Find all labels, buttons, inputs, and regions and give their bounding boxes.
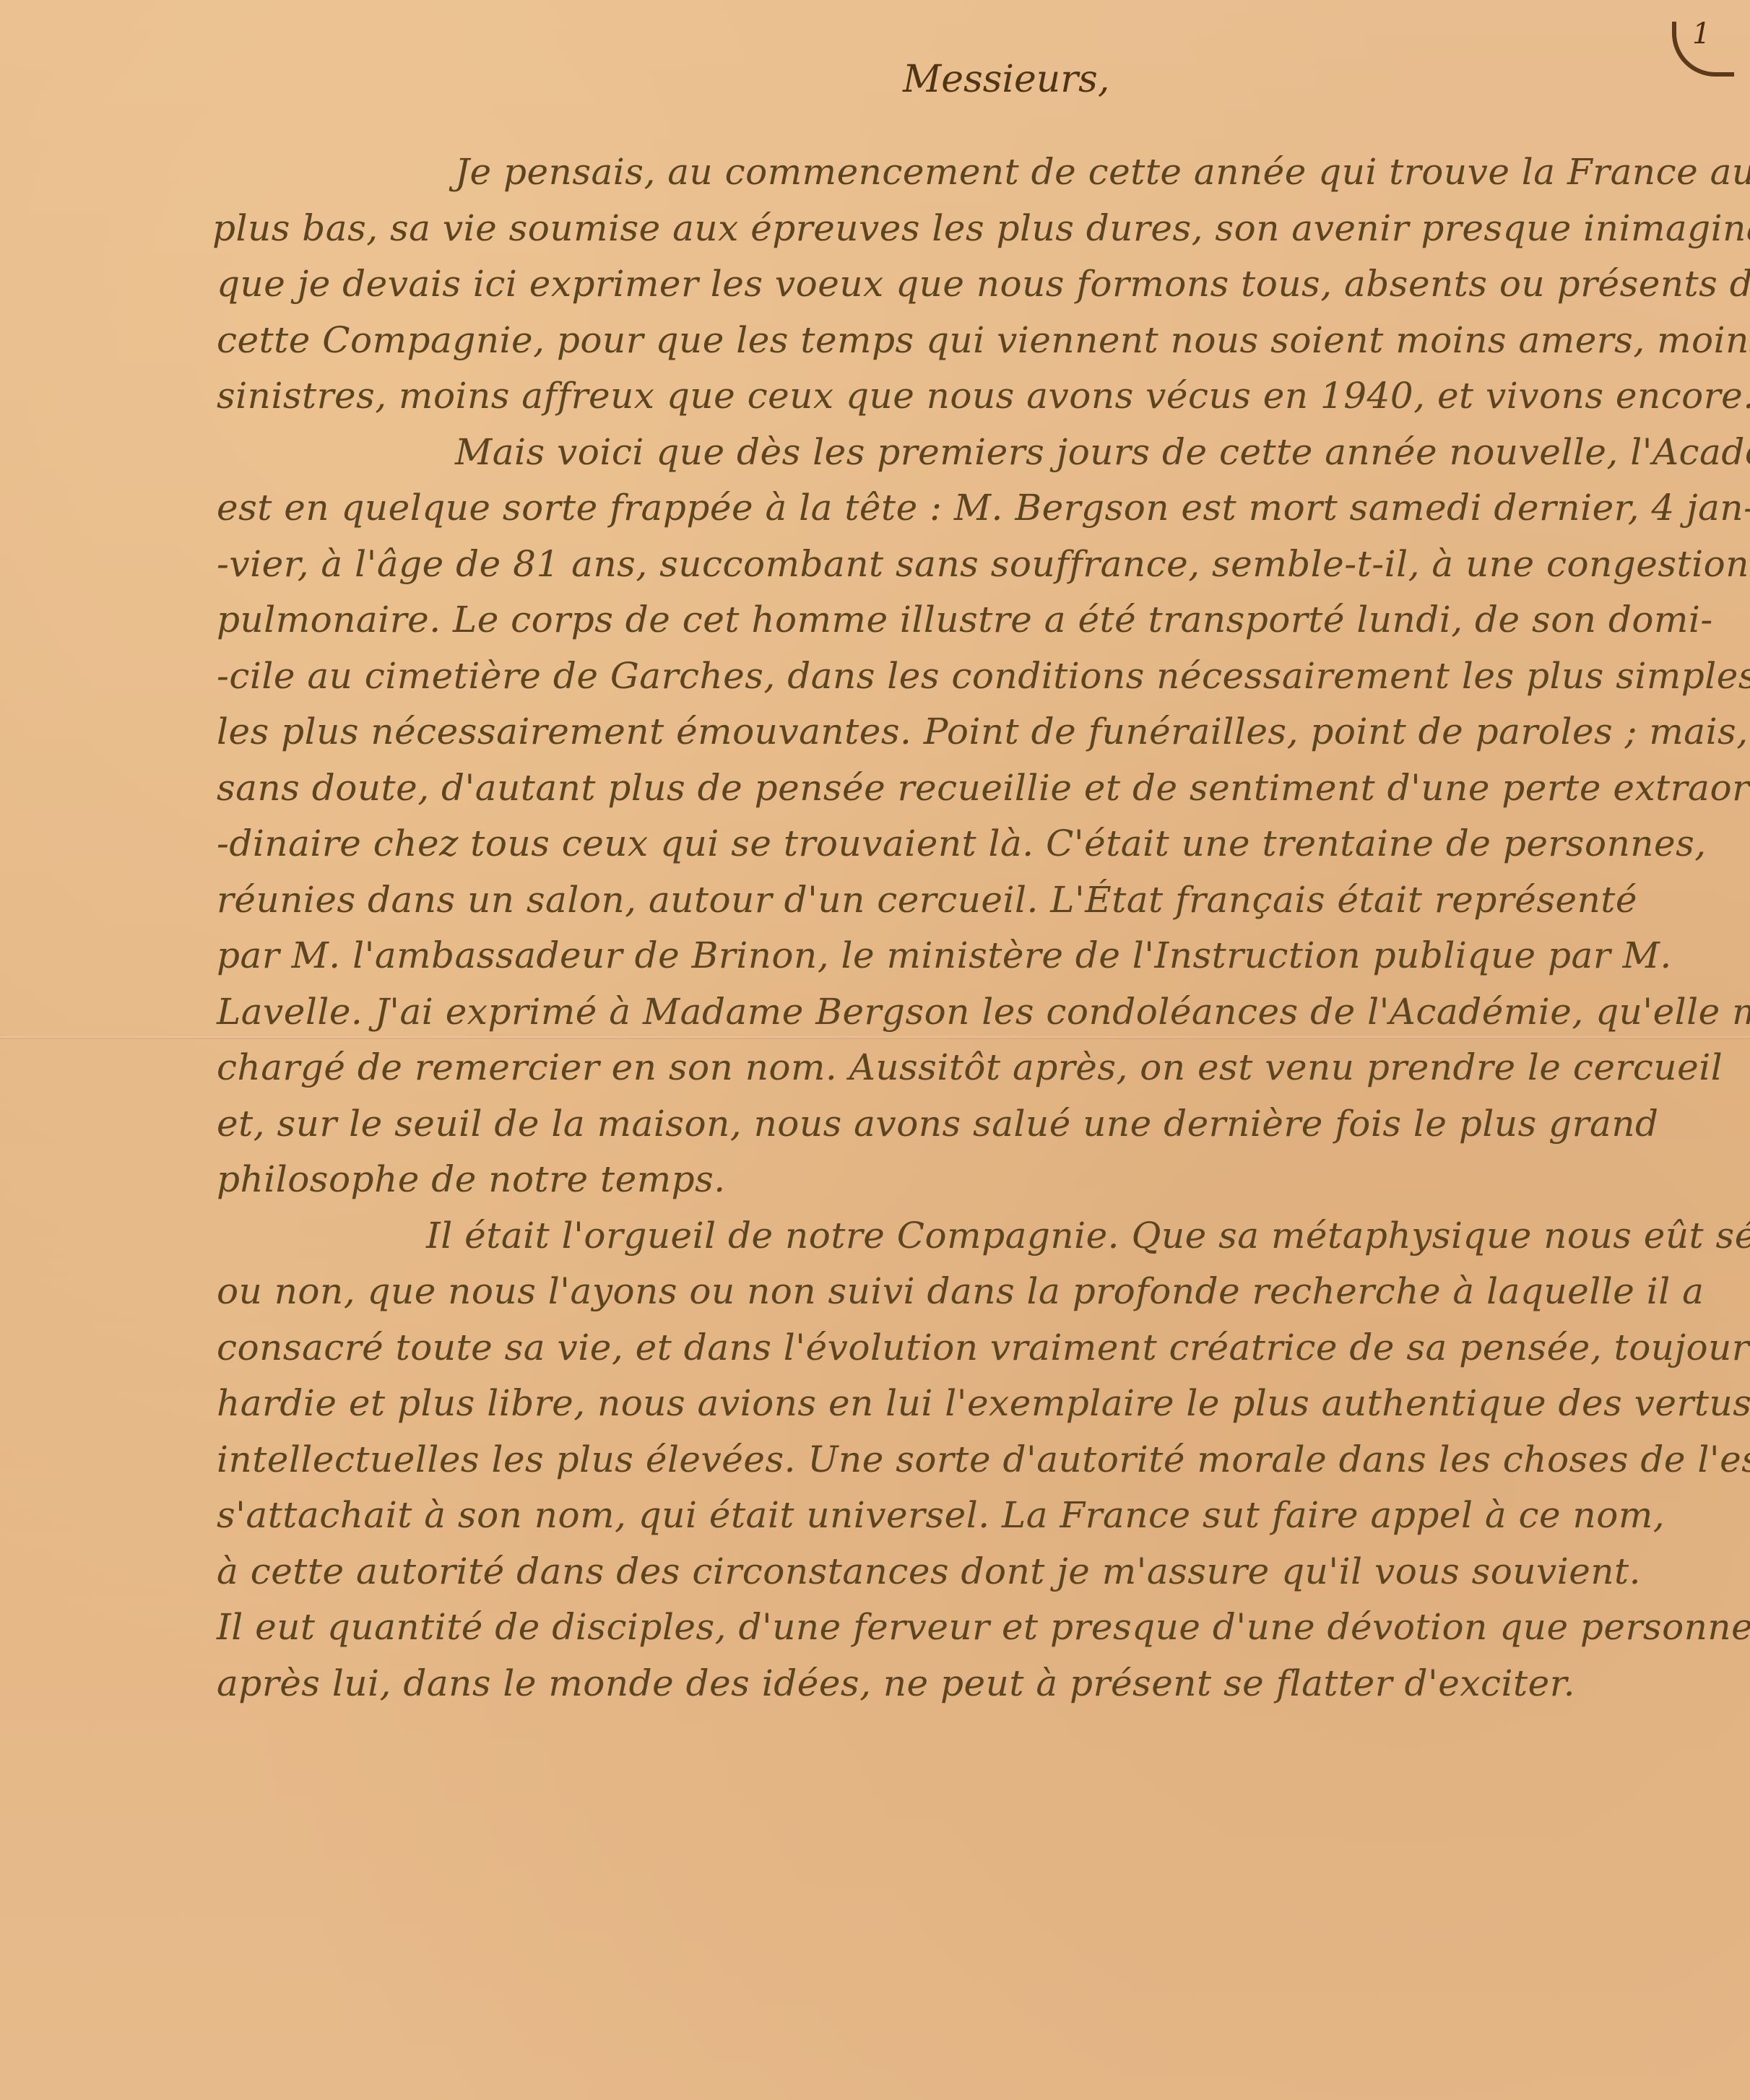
letter-line: chargé de remercier en son nom. Aussitôt… — [217, 1040, 1733, 1096]
letter-line: pulmonaire. Le corps de cet homme illust… — [217, 592, 1733, 648]
letter-line: s'attachait à son nom, qui était univers… — [217, 1488, 1733, 1544]
letter-line: après lui, dans le monde des idées, ne p… — [217, 1656, 1733, 1712]
letter-line: et, sur le seuil de la maison, nous avon… — [217, 1096, 1733, 1153]
letter-line: réunies dans un salon, autour d'un cercu… — [217, 872, 1733, 929]
page-number: 1 — [1692, 17, 1710, 51]
letter-line: que je devais ici exprimer les voeux que… — [217, 256, 1733, 313]
letter-line: -vier, à l'âge de 81 ans, succombant san… — [217, 537, 1733, 593]
page-number-mark: 1 — [1672, 22, 1734, 77]
letter-line: sinistres, moins affreux que ceux que no… — [217, 368, 1733, 425]
letter-line: Lavelle. J'ai exprimé à Madame Bergson l… — [217, 984, 1733, 1041]
letter-body: Je pensais, au commencement de cette ann… — [217, 144, 1733, 1711]
salutation: Messieurs, — [903, 58, 1109, 101]
letter-line: les plus nécessairement émouvantes. Poin… — [217, 704, 1733, 760]
letter-line: par M. l'ambassadeur de Brinon, le minis… — [217, 928, 1733, 984]
letter-line: philosophe de notre temps. — [217, 1152, 1733, 1208]
letter-line: sans doute, d'autant plus de pensée recu… — [217, 760, 1733, 817]
letter-line: -cile au cimetière de Garches, dans les … — [217, 648, 1733, 705]
letter-line: Je pensais, au commencement de cette ann… — [217, 144, 1733, 201]
letter-line: plus bas, sa vie soumise aux épreuves le… — [212, 201, 1733, 257]
letter-line: Il était l'orgueil de notre Compagnie. Q… — [217, 1208, 1733, 1264]
letter-line: Il eut quantité de disciples, d'une ferv… — [217, 1600, 1733, 1656]
letter-line: consacré toute sa vie, et dans l'évoluti… — [217, 1320, 1733, 1376]
letter-line: hardie et plus libre, nous avions en lui… — [217, 1376, 1733, 1432]
letter-line: -dinaire chez tous ceux qui se trouvaien… — [217, 816, 1733, 872]
letter-line: Mais voici que dès les premiers jours de… — [217, 425, 1733, 481]
letter-line: ou non, que nous l'ayons ou non suivi da… — [217, 1264, 1733, 1320]
letter-line: cette Compagnie, pour que les temps qui … — [217, 313, 1733, 369]
letter-line: est en quelque sorte frappée à la tête :… — [217, 480, 1733, 537]
letter-line: intellectuelles les plus élevées. Une so… — [217, 1432, 1733, 1488]
letter-line: à cette autorité dans des circonstances … — [217, 1544, 1733, 1600]
